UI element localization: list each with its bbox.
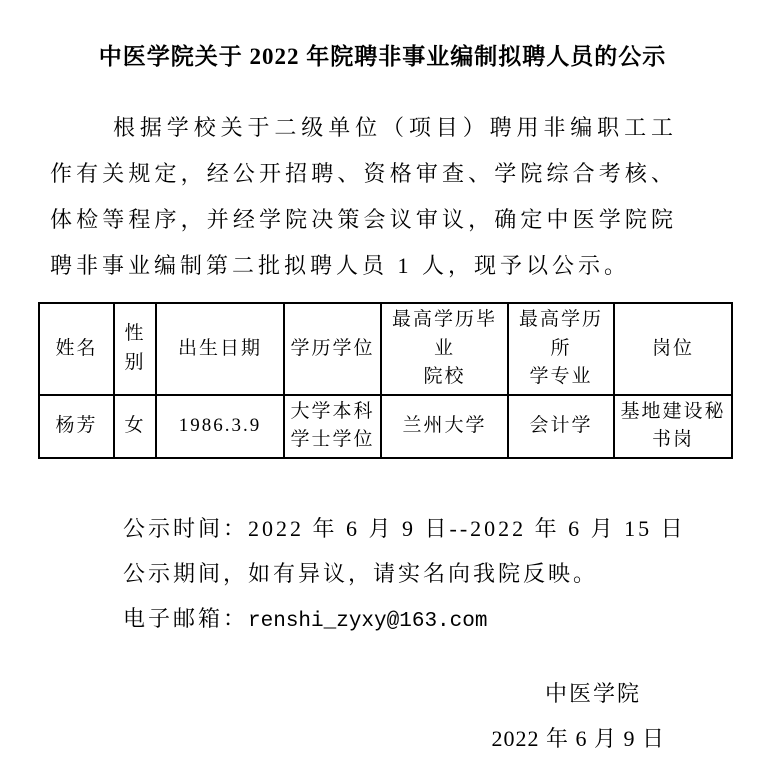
header-position: 岗位 (614, 303, 732, 395)
cell-name: 杨芳 (39, 395, 114, 458)
notice-objection-line: 公示期间，如有异议，请实名向我院反映。 (123, 551, 765, 596)
email-address: renshi_zyxy@163.com (248, 610, 487, 633)
table-row: 杨芳 女 1986.3.9 大学本科 学士学位 兰州大学 会计学 基地建设秘 书… (39, 395, 732, 458)
signature-organization: 中医学院 (545, 677, 641, 708)
cell-major: 会计学 (508, 395, 614, 458)
header-gender: 性 别 (114, 303, 156, 395)
header-name: 姓名 (39, 303, 114, 395)
header-major: 最高学历所 学专业 (508, 303, 614, 395)
notice-period-line: 公示时间：2022 年 6 月 9 日--2022 年 6 月 15 日 (123, 506, 765, 551)
header-graduate-school: 最高学历毕业 院校 (381, 303, 508, 395)
cell-gender: 女 (114, 395, 156, 458)
cell-degree: 大学本科 学士学位 (284, 395, 381, 458)
document-body-paragraph: 根据学校关于二级单位（项目）聘用非编职工工作有关规定，经公开招聘、资格审查、学院… (50, 105, 677, 289)
table-header-row: 姓名 性 别 出生日期 学历学位 最高学历毕业 院校 最高学历所 学专业 岗位 (39, 303, 732, 395)
cell-graduate-school: 兰州大学 (381, 395, 508, 458)
announcement-document: 中医学院关于 2022 年院聘非事业编制拟聘人员的公示 根据学校关于二级单位（项… (0, 0, 765, 781)
email-label: 电子邮箱： (123, 606, 248, 631)
document-title: 中医学院关于 2022 年院聘非事业编制拟聘人员的公示 (0, 0, 765, 71)
notice-block: 公示时间：2022 年 6 月 9 日--2022 年 6 月 15 日 公示期… (123, 506, 765, 644)
header-birthdate: 出生日期 (156, 303, 284, 395)
cell-position: 基地建设秘 书岗 (614, 395, 732, 458)
notice-email-line: 电子邮箱：renshi_zyxy@163.com (123, 596, 765, 644)
applicant-table: 姓名 性 别 出生日期 学历学位 最高学历毕业 院校 最高学历所 学专业 岗位 … (38, 302, 733, 459)
header-degree: 学历学位 (284, 303, 381, 395)
signature-date: 2022 年 6 月 9 日 (491, 722, 665, 753)
cell-birthdate: 1986.3.9 (156, 395, 284, 458)
